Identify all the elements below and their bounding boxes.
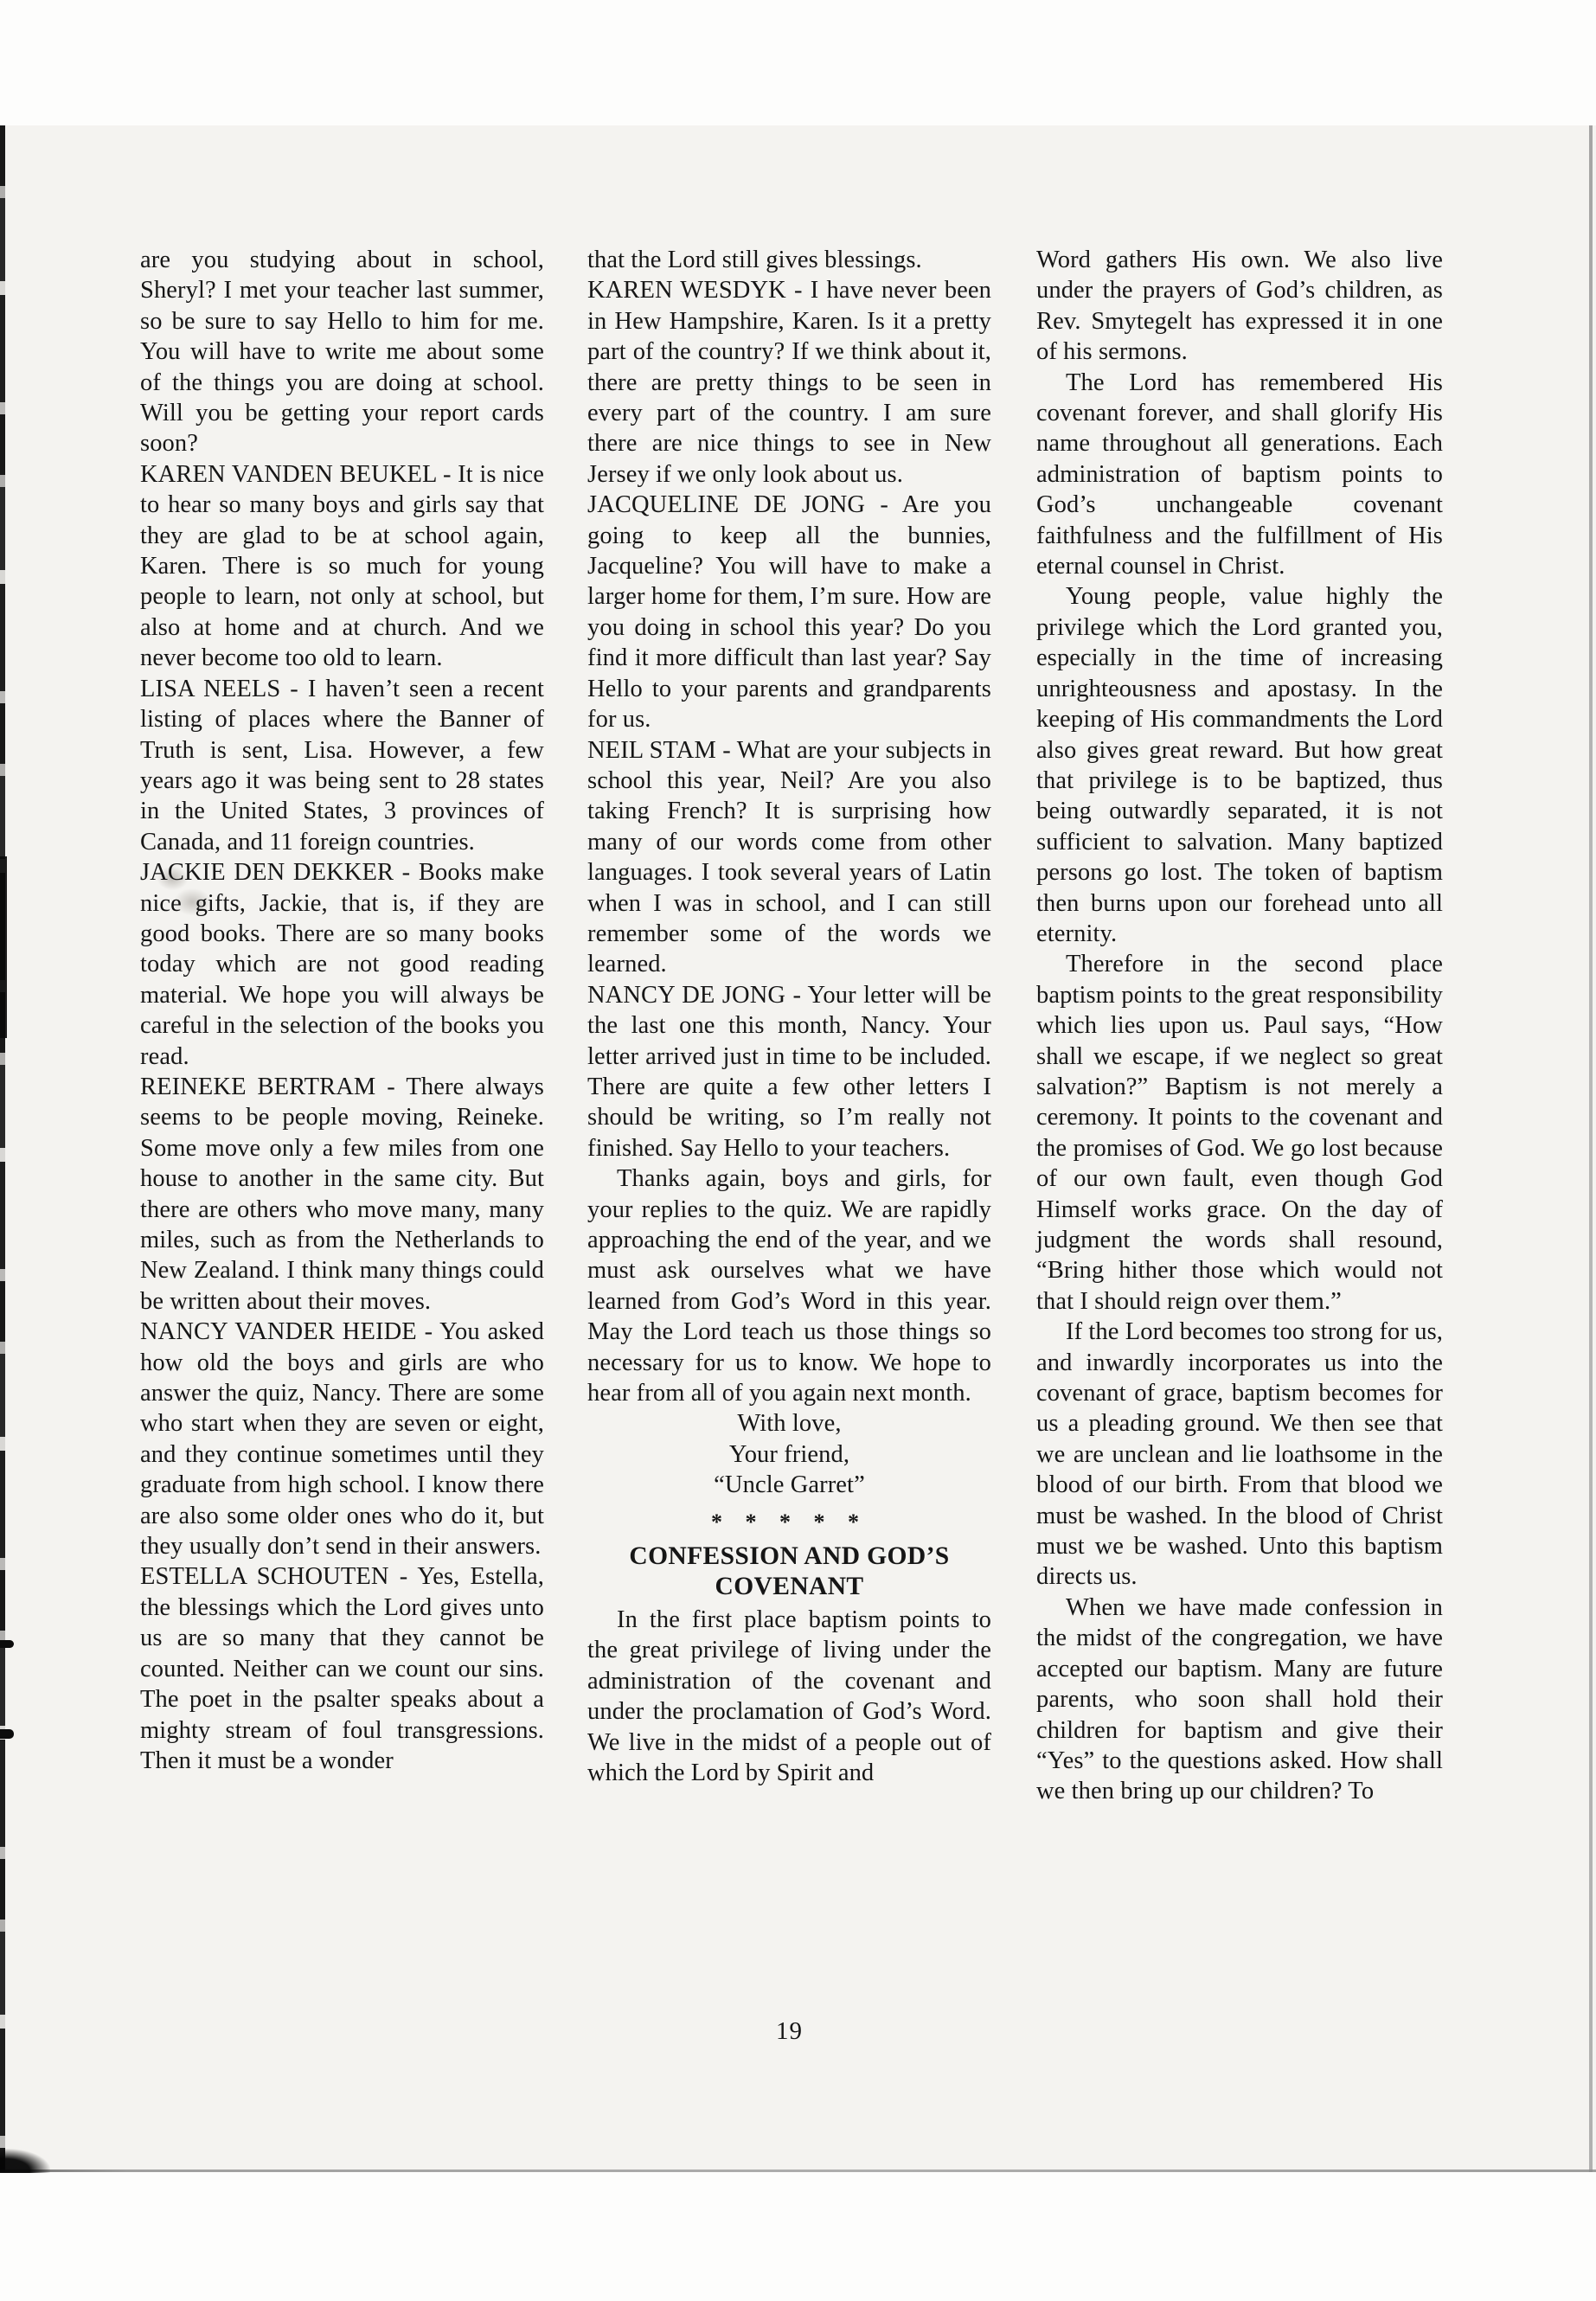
paragraph: ESTELLA SCHOUTEN - Yes, Estella, the ble… <box>140 1561 544 1776</box>
paragraph: “Uncle Garret” <box>587 1470 991 1500</box>
page-number: 19 <box>587 2017 991 2046</box>
section-heading: CONFESSION AND GOD’S COVENANT <box>587 1541 991 1603</box>
paragraph: NEIL STAM - What are your subjects in sc… <box>587 735 991 980</box>
paragraph: LISA NEELS - I haven’t seen a recent lis… <box>140 674 544 857</box>
paragraph: Young people, value highly the privilege… <box>1036 581 1443 949</box>
page-bottom-edge-line <box>0 2170 1596 2172</box>
asterisk-separator: * * * * * <box>587 1507 991 1537</box>
paragraph: KAREN VANDEN BEUKEL - It is nice to hear… <box>140 459 544 674</box>
paragraph: Your friend, <box>587 1439 991 1470</box>
paragraph: KAREN WESDYK - I have never been in Hew … <box>587 275 991 490</box>
paragraph: REINEKE BERTRAM - There always seems to … <box>140 1072 544 1317</box>
paragraph: Thanks again, boys and girls, for your r… <box>587 1163 991 1408</box>
paragraph: NANCY DE JONG - Your letter will be the … <box>587 980 991 1163</box>
text-column-2: that the Lord still gives blessings.KARE… <box>587 245 991 1788</box>
scan-gutter-edge-dark-segment <box>0 856 7 1038</box>
margin-tick-mark <box>0 1640 14 1648</box>
paragraph: that the Lord still gives blessings. <box>587 245 991 275</box>
paragraph: In the first place baptism points to the… <box>587 1605 991 1788</box>
scanned-document-page: { "document": { "page_number": "19", "co… <box>0 0 1596 2301</box>
paragraph: JACKIE DEN DEKKER - Books make nice gift… <box>140 857 544 1072</box>
page-right-edge-line <box>1589 125 1593 2172</box>
corner-ink-smudge <box>0 2149 50 2173</box>
paragraph: are you studying about in school, Sheryl… <box>140 245 544 459</box>
text-column-3: Word gathers His own. We also live under… <box>1036 245 1443 1807</box>
margin-tick-mark <box>0 1729 14 1739</box>
paragraph: JACQUELINE DE JONG - Are you going to ke… <box>587 490 991 734</box>
text-column-1: are you studying about in school, Sheryl… <box>140 245 544 1776</box>
scan-gutter-edge <box>0 125 5 2172</box>
paragraph: With love, <box>587 1408 991 1439</box>
paragraph: When we have made confession in the mids… <box>1036 1593 1443 1807</box>
paragraph: NANCY VANDER HEIDE - You asked how old t… <box>140 1317 544 1561</box>
paragraph: If the Lord becomes too strong for us, a… <box>1036 1317 1443 1593</box>
paragraph: The Lord has remembered His covenant for… <box>1036 368 1443 582</box>
paragraph: Therefore in the second place baptism po… <box>1036 949 1443 1317</box>
paragraph: Word gathers His own. We also live under… <box>1036 245 1443 368</box>
